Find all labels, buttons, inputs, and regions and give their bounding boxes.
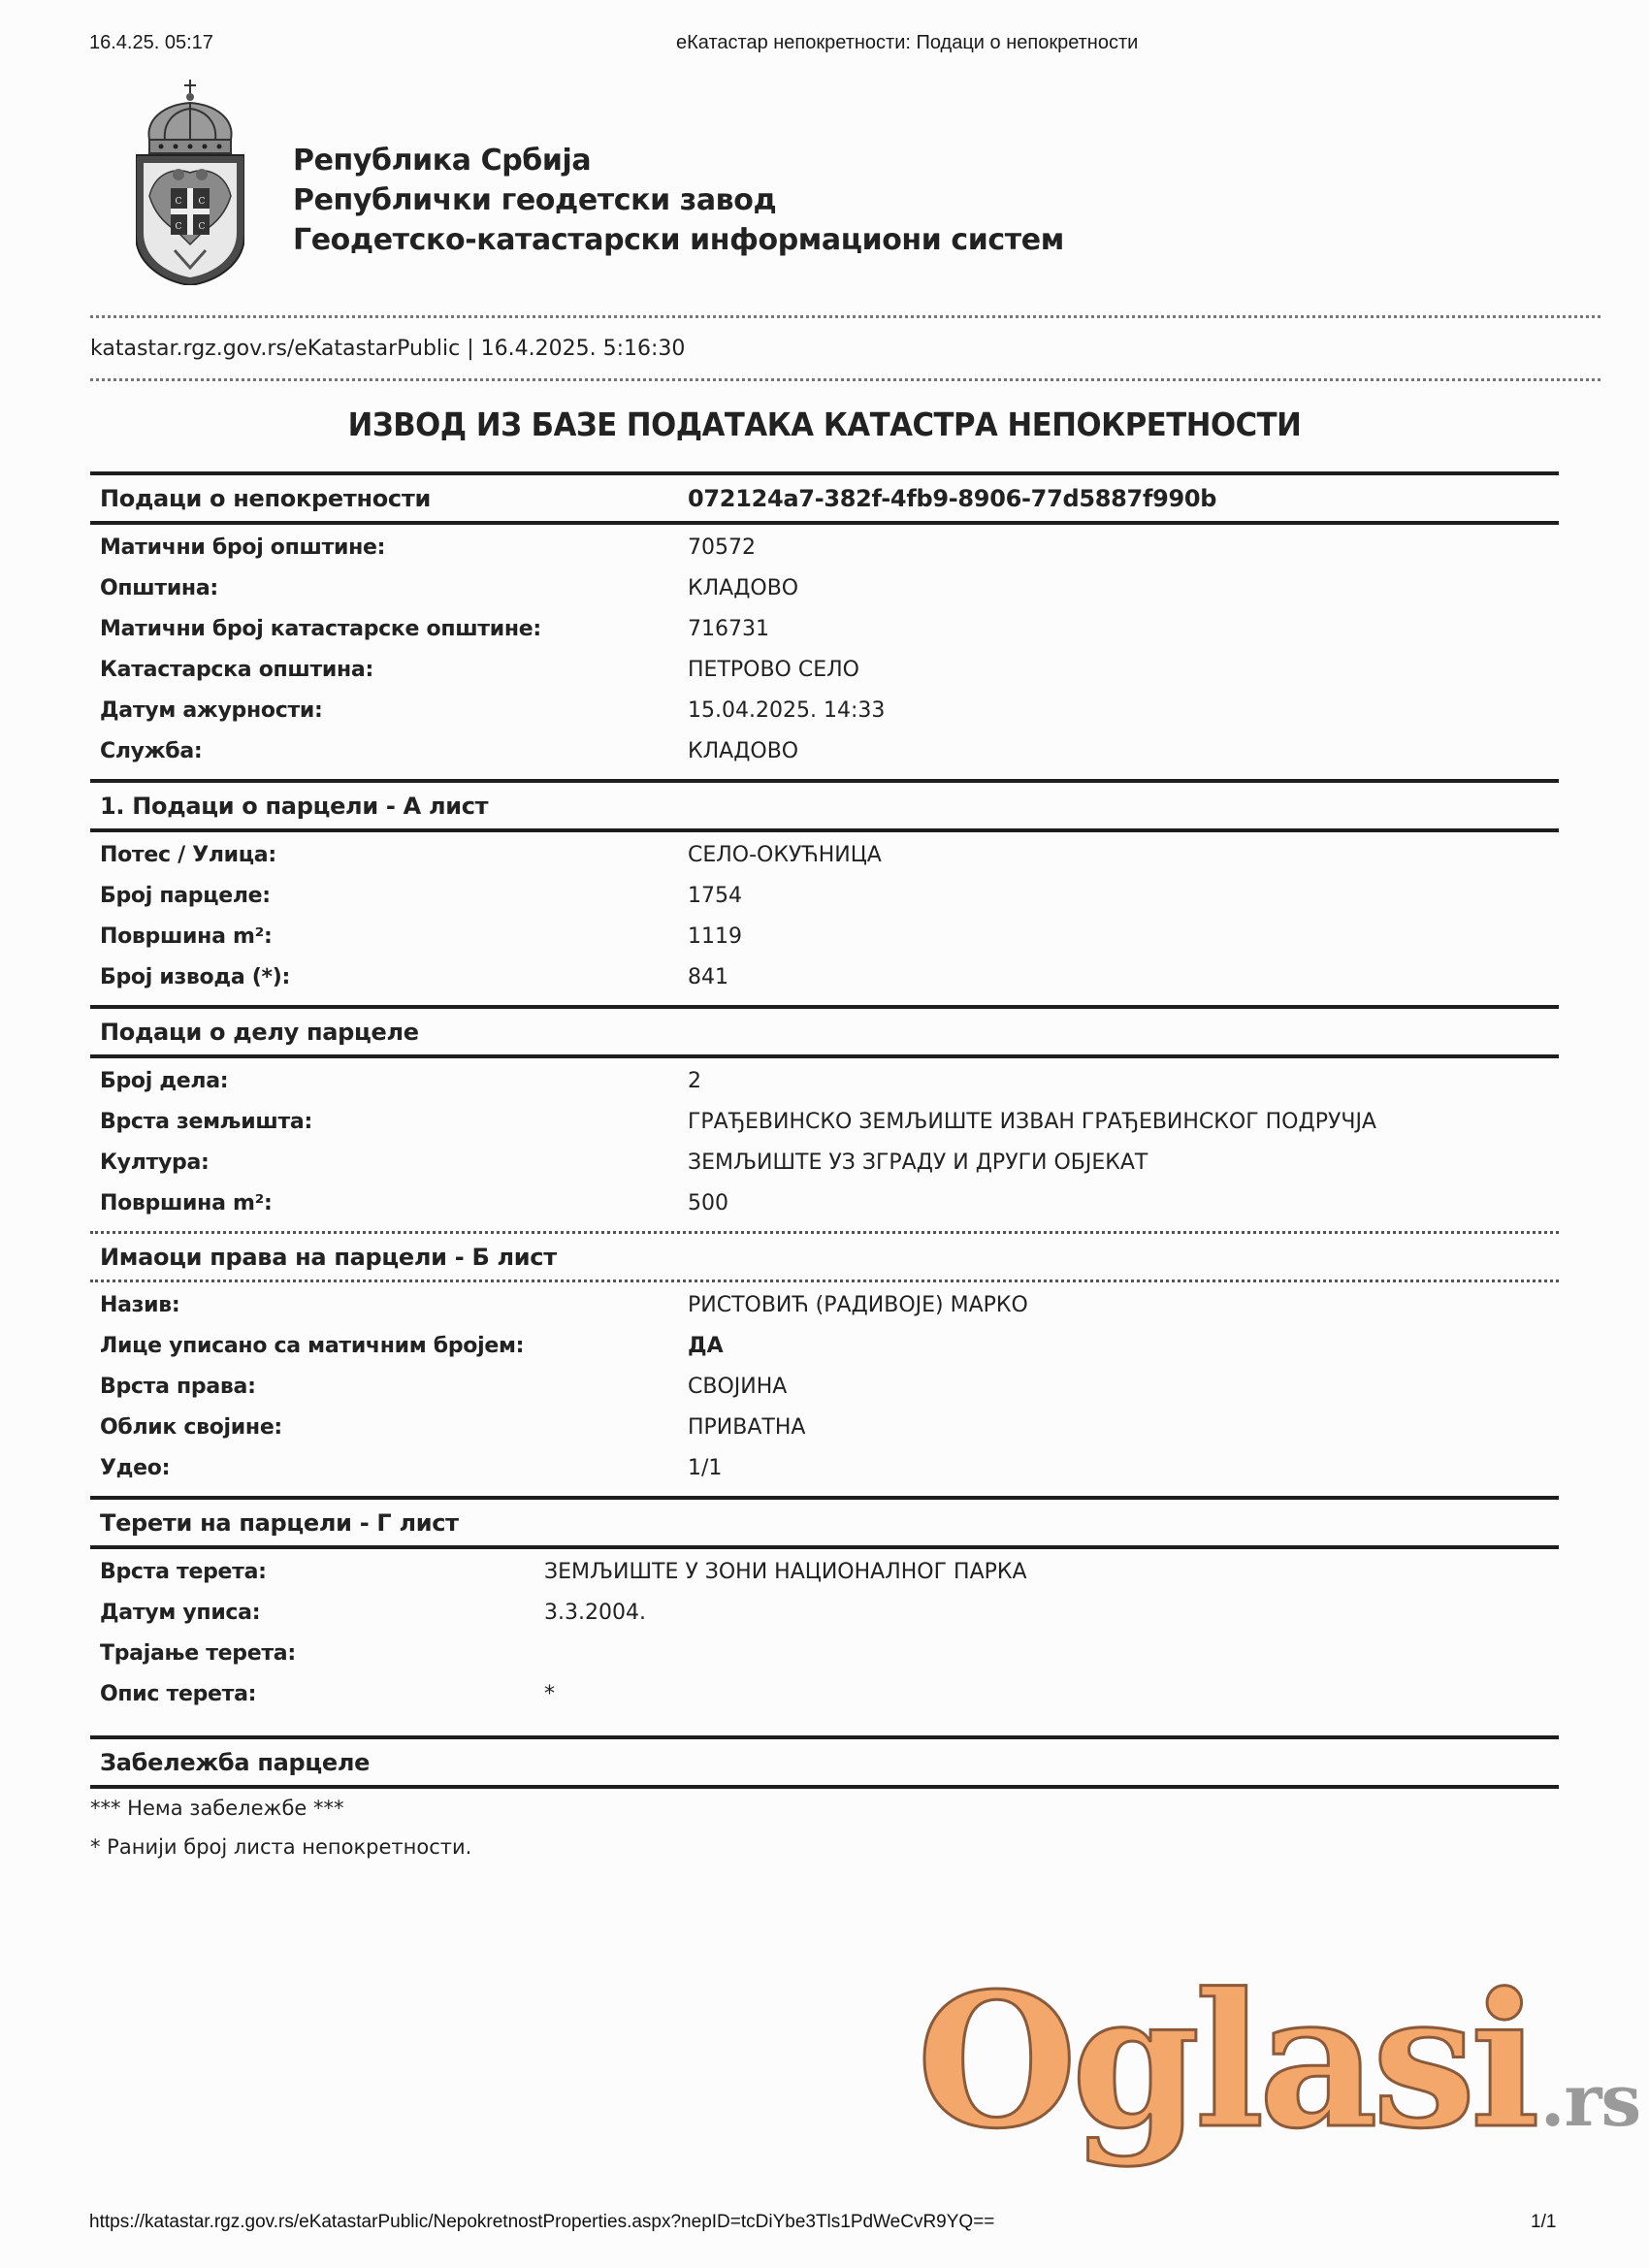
- org-line-system: Геодетско-катастарски информациони систе…: [293, 220, 1064, 260]
- watermark-tld: .rs: [1540, 2059, 1640, 2143]
- section-encumbrances-header: Терети на парцели - Г лист: [90, 1500, 1559, 1545]
- row-label: Опис терета:: [90, 1682, 256, 1706]
- row-label: Назив:: [90, 1293, 179, 1317]
- dotted-divider: [90, 315, 1600, 318]
- row-label: Датум ажурности:: [90, 698, 323, 723]
- data-row: Број парцеле:1754: [90, 875, 1559, 916]
- row-label: Матични број катастарске општине:: [90, 617, 541, 641]
- section-heading: Подаци о делу парцеле: [100, 1019, 419, 1046]
- row-label: Катастарска општина:: [90, 658, 373, 682]
- row-label: Матични број општине:: [90, 535, 385, 560]
- row-value: КЛАДОВО: [688, 576, 798, 600]
- row-value: КЛАДОВО: [688, 739, 798, 763]
- section-heading: 1. Подаци о парцели - А лист: [100, 793, 488, 820]
- row-value: 1119: [688, 924, 742, 949]
- row-label: Врста права:: [90, 1375, 256, 1399]
- row-label: Површина m²:: [90, 1191, 272, 1215]
- no-notes-text: *** Нема забележбе ***: [90, 1789, 1559, 1828]
- row-value: ПРИВАТНА: [688, 1415, 805, 1440]
- section-property-header: Подаци о непокретности 072124a7-382f-4fb…: [90, 475, 1559, 521]
- row-value: *: [544, 1682, 555, 1706]
- row-label: Број парцеле:: [90, 884, 271, 908]
- row-value: 2: [688, 1069, 701, 1093]
- row-value: 15.04.2025. 14:33: [688, 698, 885, 723]
- data-row: Трајање терета:: [90, 1633, 1559, 1673]
- print-datetime: 16.4.25. 05:17: [89, 32, 213, 54]
- section-notes-header: Забележба парцеле: [90, 1739, 1559, 1785]
- property-rows: Матични број општине:70572 Општина:КЛАДО…: [90, 525, 1559, 779]
- data-row: Култура:ЗЕМЉИШТЕ УЗ ЗГРАДУ И ДРУГИ ОБЈЕК…: [90, 1142, 1559, 1183]
- oglasi-watermark-logo: Oglasi .rs: [917, 1969, 1640, 2154]
- row-value: СВОЈИНА: [688, 1375, 787, 1399]
- row-value: 3.3.2004.: [544, 1601, 646, 1625]
- row-value: ЗЕМЉИШТЕ У ЗОНИ НАЦИОНАЛНОГ ПАРКА: [544, 1560, 1027, 1584]
- row-label: Служба:: [90, 739, 202, 763]
- section-heading: Подаци о непокретности: [100, 485, 431, 512]
- data-row: Катастарска општина:ПЕТРОВО СЕЛО: [90, 649, 1559, 690]
- encumbrances-rows: Врста терета:ЗЕМЉИШТЕ У ЗОНИ НАЦИОНАЛНОГ…: [90, 1549, 1559, 1735]
- row-label: Број извода (*):: [90, 965, 290, 989]
- section-heading: Имаоци права на парцели - Б лист: [100, 1244, 557, 1271]
- section-heading: Терети на парцели - Г лист: [100, 1509, 459, 1537]
- print-page-title: еКатастар непокретности: Подаци о непокр…: [676, 32, 1138, 54]
- row-label: Врста земљишта:: [90, 1110, 312, 1134]
- svg-text:С: С: [199, 222, 206, 232]
- data-row: Општина:КЛАДОВО: [90, 567, 1559, 608]
- print-page-number: 1/1: [1531, 2212, 1556, 2233]
- row-label: Датум уписа:: [90, 1601, 260, 1625]
- data-row: Потес / Улица:СЕЛО-ОКУЋНИЦА: [90, 834, 1559, 875]
- watermark-main: Oglasi: [917, 1969, 1535, 2154]
- row-label: Облик својине:: [90, 1415, 282, 1440]
- data-row: Датум ажурности:15.04.2025. 14:33: [90, 690, 1559, 730]
- org-line-republic: Република Србија: [293, 141, 1064, 180]
- row-value: ГРАЂЕВИНСКО ЗЕМЉИШТЕ ИЗВАН ГРАЂЕВИНСКОГ …: [688, 1110, 1376, 1134]
- row-value: 841: [688, 965, 728, 989]
- data-row: Матични број катастарске општине:716731: [90, 608, 1559, 649]
- row-value: 500: [688, 1191, 728, 1215]
- organization-block: Република Србија Републички геодетски за…: [293, 141, 1064, 260]
- document-title: ИЗВОД ИЗ БАЗЕ ПОДАТАКА КАТАСТРА НЕПОКРЕТ…: [58, 405, 1592, 443]
- data-row: Врста терета:ЗЕМЉИШТЕ У ЗОНИ НАЦИОНАЛНОГ…: [90, 1551, 1559, 1592]
- data-row: Назив:РИСТОВИЋ (РАДИВОЈЕ) МАРКО: [90, 1284, 1559, 1325]
- row-label: Општина:: [90, 576, 218, 600]
- dotted-divider: [90, 378, 1600, 381]
- row-value: 1754: [688, 884, 742, 908]
- data-row: Врста права:СВОЈИНА: [90, 1366, 1559, 1407]
- footnote-text: * Ранији број листа непокретности.: [90, 1828, 1559, 1866]
- data-row: Облик својине:ПРИВАТНА: [90, 1407, 1559, 1447]
- print-footer-url: https://katastar.rgz.gov.rs/eKatastarPub…: [89, 2212, 994, 2233]
- data-row: Датум уписа:3.3.2004.: [90, 1592, 1559, 1633]
- section-heading: Забележба парцеле: [100, 1749, 370, 1776]
- row-label: Удео:: [90, 1456, 170, 1480]
- source-line: katastar.rgz.gov.rs/eKatastarPublic | 16…: [90, 337, 685, 361]
- data-row: Број извода (*):841: [90, 956, 1559, 997]
- extract-content: Подаци о непокретности 072124a7-382f-4fb…: [90, 471, 1559, 1866]
- data-row: Број дела:2: [90, 1060, 1559, 1101]
- row-value: 716731: [688, 617, 769, 641]
- data-row: Удео:1/1: [90, 1447, 1559, 1488]
- row-value: 70572: [688, 535, 756, 560]
- section-parcel-header: 1. Подаци о парцели - А лист: [90, 783, 1559, 828]
- data-row: Лице уписано са матичним бројем:ДА: [90, 1325, 1559, 1366]
- section-owners-header: Имаоци права на парцели - Б лист: [90, 1234, 1559, 1280]
- row-label: Трајање терета:: [90, 1641, 296, 1666]
- row-label: Потес / Улица:: [90, 843, 276, 867]
- row-value: РИСТОВИЋ (РАДИВОЈЕ) МАРКО: [688, 1293, 1028, 1317]
- row-value: 1/1: [688, 1456, 722, 1480]
- property-id: 072124a7-382f-4fb9-8906-77d5887f990b: [688, 485, 1216, 512]
- row-label: Површина m²:: [90, 924, 272, 949]
- row-value: СЕЛО-ОКУЋНИЦА: [688, 843, 882, 867]
- data-row: Матични број општине:70572: [90, 527, 1559, 567]
- data-row: Служба:КЛАДОВО: [90, 730, 1559, 771]
- serbian-coat-of-arms-icon: С С С С: [136, 80, 244, 285]
- data-row: Врста земљишта:ГРАЂЕВИНСКО ЗЕМЉИШТЕ ИЗВА…: [90, 1101, 1559, 1142]
- parcel-rows: Потес / Улица:СЕЛО-ОКУЋНИЦА Број парцеле…: [90, 832, 1559, 1005]
- row-label: Лице уписано са матичним бројем:: [90, 1334, 524, 1358]
- row-value: ПЕТРОВО СЕЛО: [688, 658, 859, 682]
- owners-rows: Назив:РИСТОВИЋ (РАДИВОЈЕ) МАРКО Лице упи…: [90, 1282, 1559, 1496]
- row-label: Број дела:: [90, 1069, 228, 1093]
- row-value: ЗЕМЉИШТЕ УЗ ЗГРАДУ И ДРУГИ ОБЈЕКАТ: [688, 1150, 1148, 1175]
- svg-text:С: С: [176, 222, 182, 232]
- data-row: Опис терета:*: [90, 1673, 1559, 1714]
- data-row: Површина m²:500: [90, 1183, 1559, 1223]
- org-line-institute: Републички геодетски завод: [293, 180, 1064, 220]
- row-value: ДА: [688, 1334, 724, 1358]
- parcel-part-rows: Број дела:2 Врста земљишта:ГРАЂЕВИНСКО З…: [90, 1058, 1559, 1231]
- row-label: Врста терета:: [90, 1560, 267, 1584]
- data-row: Површина m²:1119: [90, 916, 1559, 956]
- section-parcel-part-header: Подаци о делу парцеле: [90, 1009, 1559, 1054]
- row-label: Култура:: [90, 1150, 210, 1175]
- svg-text:С: С: [176, 197, 182, 207]
- svg-text:С: С: [199, 197, 206, 207]
